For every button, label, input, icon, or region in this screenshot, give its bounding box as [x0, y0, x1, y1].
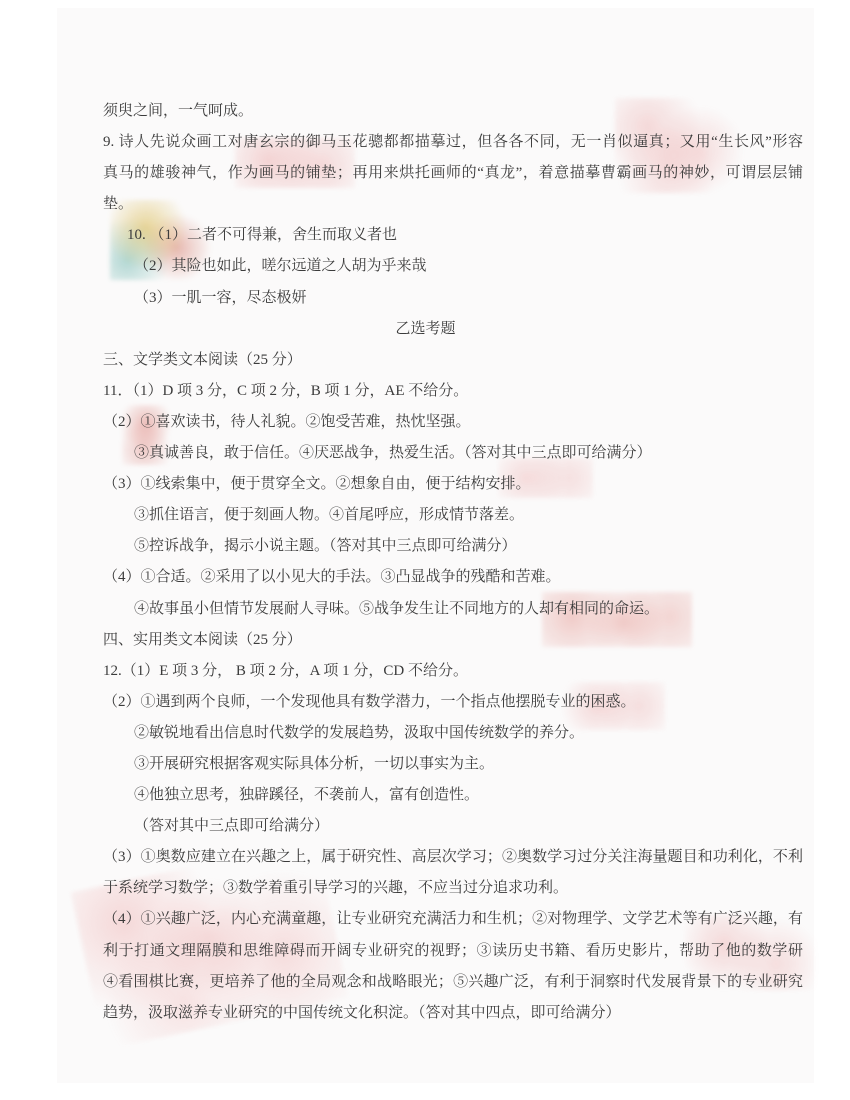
answer-line: （4）①合适。②采用了以小见大的手法。③凸显战争的残酷和苦难。	[103, 562, 803, 593]
answer-line: 12.（1）E 项 3 分， B 项 2 分，A 项 1 分，CD 不给分。	[103, 656, 803, 687]
answer-line: ⑤控诉战争，揭示小说主题。（答对其中三点即可给满分）	[103, 531, 803, 562]
answer-line: ④看围棋比赛，更培养了他的全局观念和战略眼光；⑤兴趣广泛，有利于洞察时代发展背景…	[103, 967, 803, 998]
answer-line: ②敏锐地看出信息时代数学的发展趋势，汲取中国传统数学的养分。	[103, 718, 803, 749]
section-3-heading: 三、文学类文本阅读（25 分）	[103, 345, 803, 376]
answer-line: 趋势，汲取滋养专业研究的中国传统文化积淀。（答对其中四点，即可给满分）	[103, 998, 803, 1029]
answer-line: （2）①喜欢读书，待人礼貌。②饱受苦难，热忱坚强。	[103, 407, 803, 438]
answer-line: 11．（1）D 项 3 分，C 项 2 分，B 项 1 分，AE 不给分。	[103, 376, 803, 407]
answer-line: ④他独立思考，独辟蹊径，不袭前人，富有创造性。	[103, 780, 803, 811]
answer-line: ④故事虽小但情节发展耐人寻味。⑤战争发生让不同地方的人却有相同的命运。	[103, 594, 803, 625]
section-4-heading: 四、实用类文本阅读（25 分）	[103, 625, 803, 656]
answer-line: （2）其险也如此，嗟尔远道之人胡为乎来哉	[103, 251, 803, 282]
answer-line: 9. 诗人先说众画工对唐玄宗的御马玉花骢都都描摹过，但各各不同，无一肖似逼真；又…	[103, 127, 803, 158]
answer-line: ③真诚善良，敢于信任。④厌恶战争，热爱生活。（答对其中三点即可给满分）	[103, 438, 803, 469]
answer-line: 真马的雄骏神气，作为画马的铺垫；再用来烘托画师的“真龙”，着意描摹曹霸画马的神妙…	[103, 158, 803, 189]
answer-line: 10. （1）二者不可得兼，舍生而取义者也	[103, 220, 803, 251]
answer-line: （3）①线索集中，便于贯穿全文。②想象自由，便于结构安排。	[103, 469, 803, 500]
answer-line: （4）①兴趣广泛，内心充满童趣，让专业研究充满活力和生机；②对物理学、文学艺术等…	[103, 904, 803, 935]
answer-line: （答对其中三点即可给满分）	[103, 811, 803, 842]
answer-line: （3）一肌一容，尽态极妍	[103, 283, 803, 314]
answer-line: ③抓住语言，便于刻画人物。④首尾呼应，形成情节落差。	[103, 500, 803, 531]
answer-line: 须臾之间，一气呵成。	[103, 96, 803, 127]
answer-line: 垫。	[103, 189, 803, 220]
answer-line: ③开展研究根据客观实际具体分析，一切以事实为主。	[103, 749, 803, 780]
section-b-heading: 乙选考题	[103, 314, 803, 345]
answer-line: 利于打通文理隔膜和思维障碍而开阔专业研究的视野；③读历史书籍、看历史影片，帮助了…	[103, 936, 803, 967]
answer-line: （2）①遇到两个良师，一个发现他具有数学潜力，一个指点他摆脱专业的困惑。	[103, 687, 803, 718]
answer-line: 于系统学习数学；③数学着重引导学习的兴趣，不应当过分追求功利。	[103, 873, 803, 904]
answer-text-column: 须臾之间，一气呵成。 9. 诗人先说众画工对唐玄宗的御马玉花骢都都描摹过，但各各…	[103, 96, 803, 1029]
answer-line: （3）①奥数应建立在兴趣之上，属于研究性、高层次学习；②奥数学习过分关注海量题目…	[103, 842, 803, 873]
